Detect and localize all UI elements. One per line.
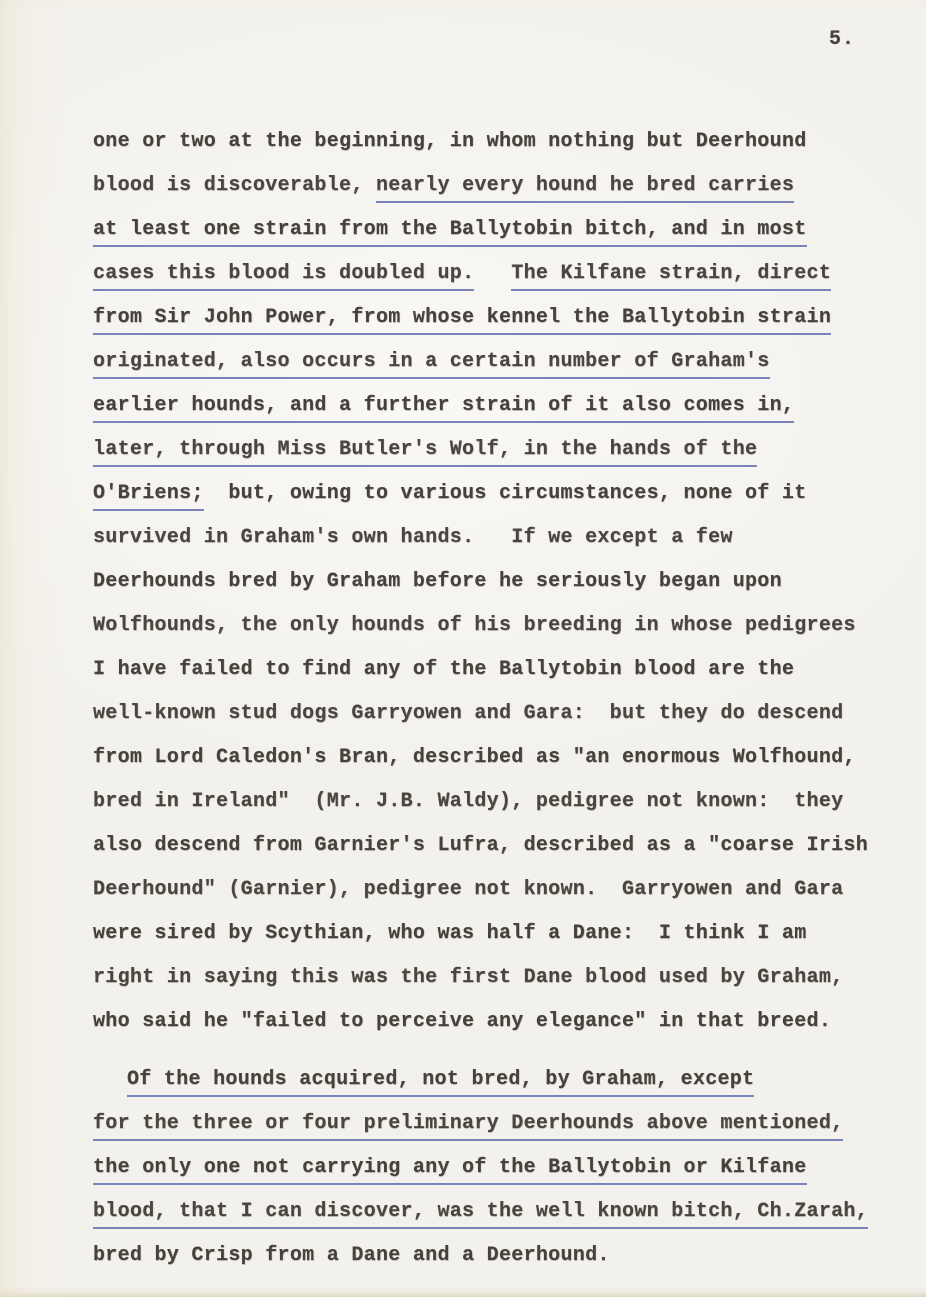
text-segment: I have failed to find any of the Ballyto… [93,658,794,681]
text-segment: bred by Crisp from a Dane and a Deerhoun… [93,1244,610,1267]
typewritten-line: originated, also occurs in a certain num… [93,340,893,384]
typewritten-line: the only one not carrying any of the Bal… [93,1146,893,1190]
typewritten-line: earlier hounds, and a further strain of … [93,384,893,428]
paragraph: Of the hounds acquired, not bred, by Gra… [93,1058,893,1278]
ink-underlined-text: nearly every hound he bred carries [376,174,794,203]
ink-underlined-text: from Sir John Power, from whose kennel t… [93,306,831,335]
text-segment: also descend from Garnier's Lufra, descr… [93,834,868,857]
text-segment: Deerhounds bred by Graham before he seri… [93,570,782,593]
text-segment: one or two at the beginning, in whom not… [93,130,807,153]
ink-underlined-text: the only one not carrying any of the Bal… [93,1156,807,1185]
typewritten-line: one or two at the beginning, in whom not… [93,120,893,164]
typewritten-line: at least one strain from the Ballytobin … [93,208,893,252]
typewritten-line: for the three or four preliminary Deerho… [93,1102,893,1146]
typewritten-line: also descend from Garnier's Lufra, descr… [93,824,893,868]
typewritten-line: well-known stud dogs Garryowen and Gara:… [93,692,893,736]
text-segment [474,262,511,285]
typewritten-line: Of the hounds acquired, not bred, by Gra… [93,1058,893,1102]
typewritten-line: blood, that I can discover, was the well… [93,1190,893,1234]
text-segment: from Lord Caledon's Bran, described as "… [93,746,856,769]
document-page: 5. one or two at the beginning, in whom … [0,0,926,1297]
text-segment: blood is discoverable, [93,174,376,197]
ink-underlined-text: The Kilfane strain, direct [511,262,831,291]
page-number: 5. [829,28,855,51]
typewritten-line: bred in Ireland" (Mr. J.B. Waldy), pedig… [93,780,893,824]
typewritten-line: blood is discoverable, nearly every houn… [93,164,893,208]
ink-underlined-text: blood, that I can discover, was the well… [93,1200,868,1229]
ink-underlined-text: at least one strain from the Ballytobin … [93,218,807,247]
ink-underlined-text: later, through Miss Butler's Wolf, in th… [93,438,757,467]
text-segment: right in saying this was the first Dane … [93,966,843,989]
text-segment: bred in Ireland" (Mr. J.B. Waldy), pedig… [93,790,843,813]
text-segment: Deerhound" (Garnier), pedigree not known… [93,878,843,901]
typewritten-line: Deerhound" (Garnier), pedigree not known… [93,868,893,912]
ink-underlined-text: cases this blood is doubled up. [93,262,474,291]
typewritten-line: who said he "failed to perceive any eleg… [93,1000,893,1044]
ink-underlined-text: earlier hounds, and a further strain of … [93,394,794,423]
ink-underlined-text: Of the hounds acquired, not bred, by Gra… [127,1068,754,1097]
typewritten-line: right in saying this was the first Dane … [93,956,893,1000]
typewritten-line: survived in Graham's own hands. If we ex… [93,516,893,560]
typewritten-line: I have failed to find any of the Ballyto… [93,648,893,692]
text-segment: Wolfhounds, the only hounds of his breed… [93,614,856,637]
paragraph: one or two at the beginning, in whom not… [93,120,893,1044]
typewritten-line: bred by Crisp from a Dane and a Deerhoun… [93,1234,893,1278]
ink-underlined-text: for the three or four preliminary Deerho… [93,1112,843,1141]
typewritten-text: one or two at the beginning, in whom not… [93,120,893,1278]
typewritten-line: from Lord Caledon's Bran, described as "… [93,736,893,780]
typewritten-line: Wolfhounds, the only hounds of his breed… [93,604,893,648]
typewritten-line: were sired by Scythian, who was half a D… [93,912,893,956]
text-segment: who said he "failed to perceive any eleg… [93,1010,831,1033]
text-segment: well-known stud dogs Garryowen and Gara:… [93,702,843,725]
ink-underlined-text: O'Briens; [93,482,204,511]
ink-underlined-text: originated, also occurs in a certain num… [93,350,770,379]
typewritten-line: O'Briens; but, owing to various circumst… [93,472,893,516]
typewritten-line: Deerhounds bred by Graham before he seri… [93,560,893,604]
typewritten-line: cases this blood is doubled up. The Kilf… [93,252,893,296]
text-segment: were sired by Scythian, who was half a D… [93,922,807,945]
text-segment: survived in Graham's own hands. If we ex… [93,526,733,549]
text-segment: but, owing to various circumstances, non… [204,482,807,505]
typewritten-line: from Sir John Power, from whose kennel t… [93,296,893,340]
typewritten-line: later, through Miss Butler's Wolf, in th… [93,428,893,472]
